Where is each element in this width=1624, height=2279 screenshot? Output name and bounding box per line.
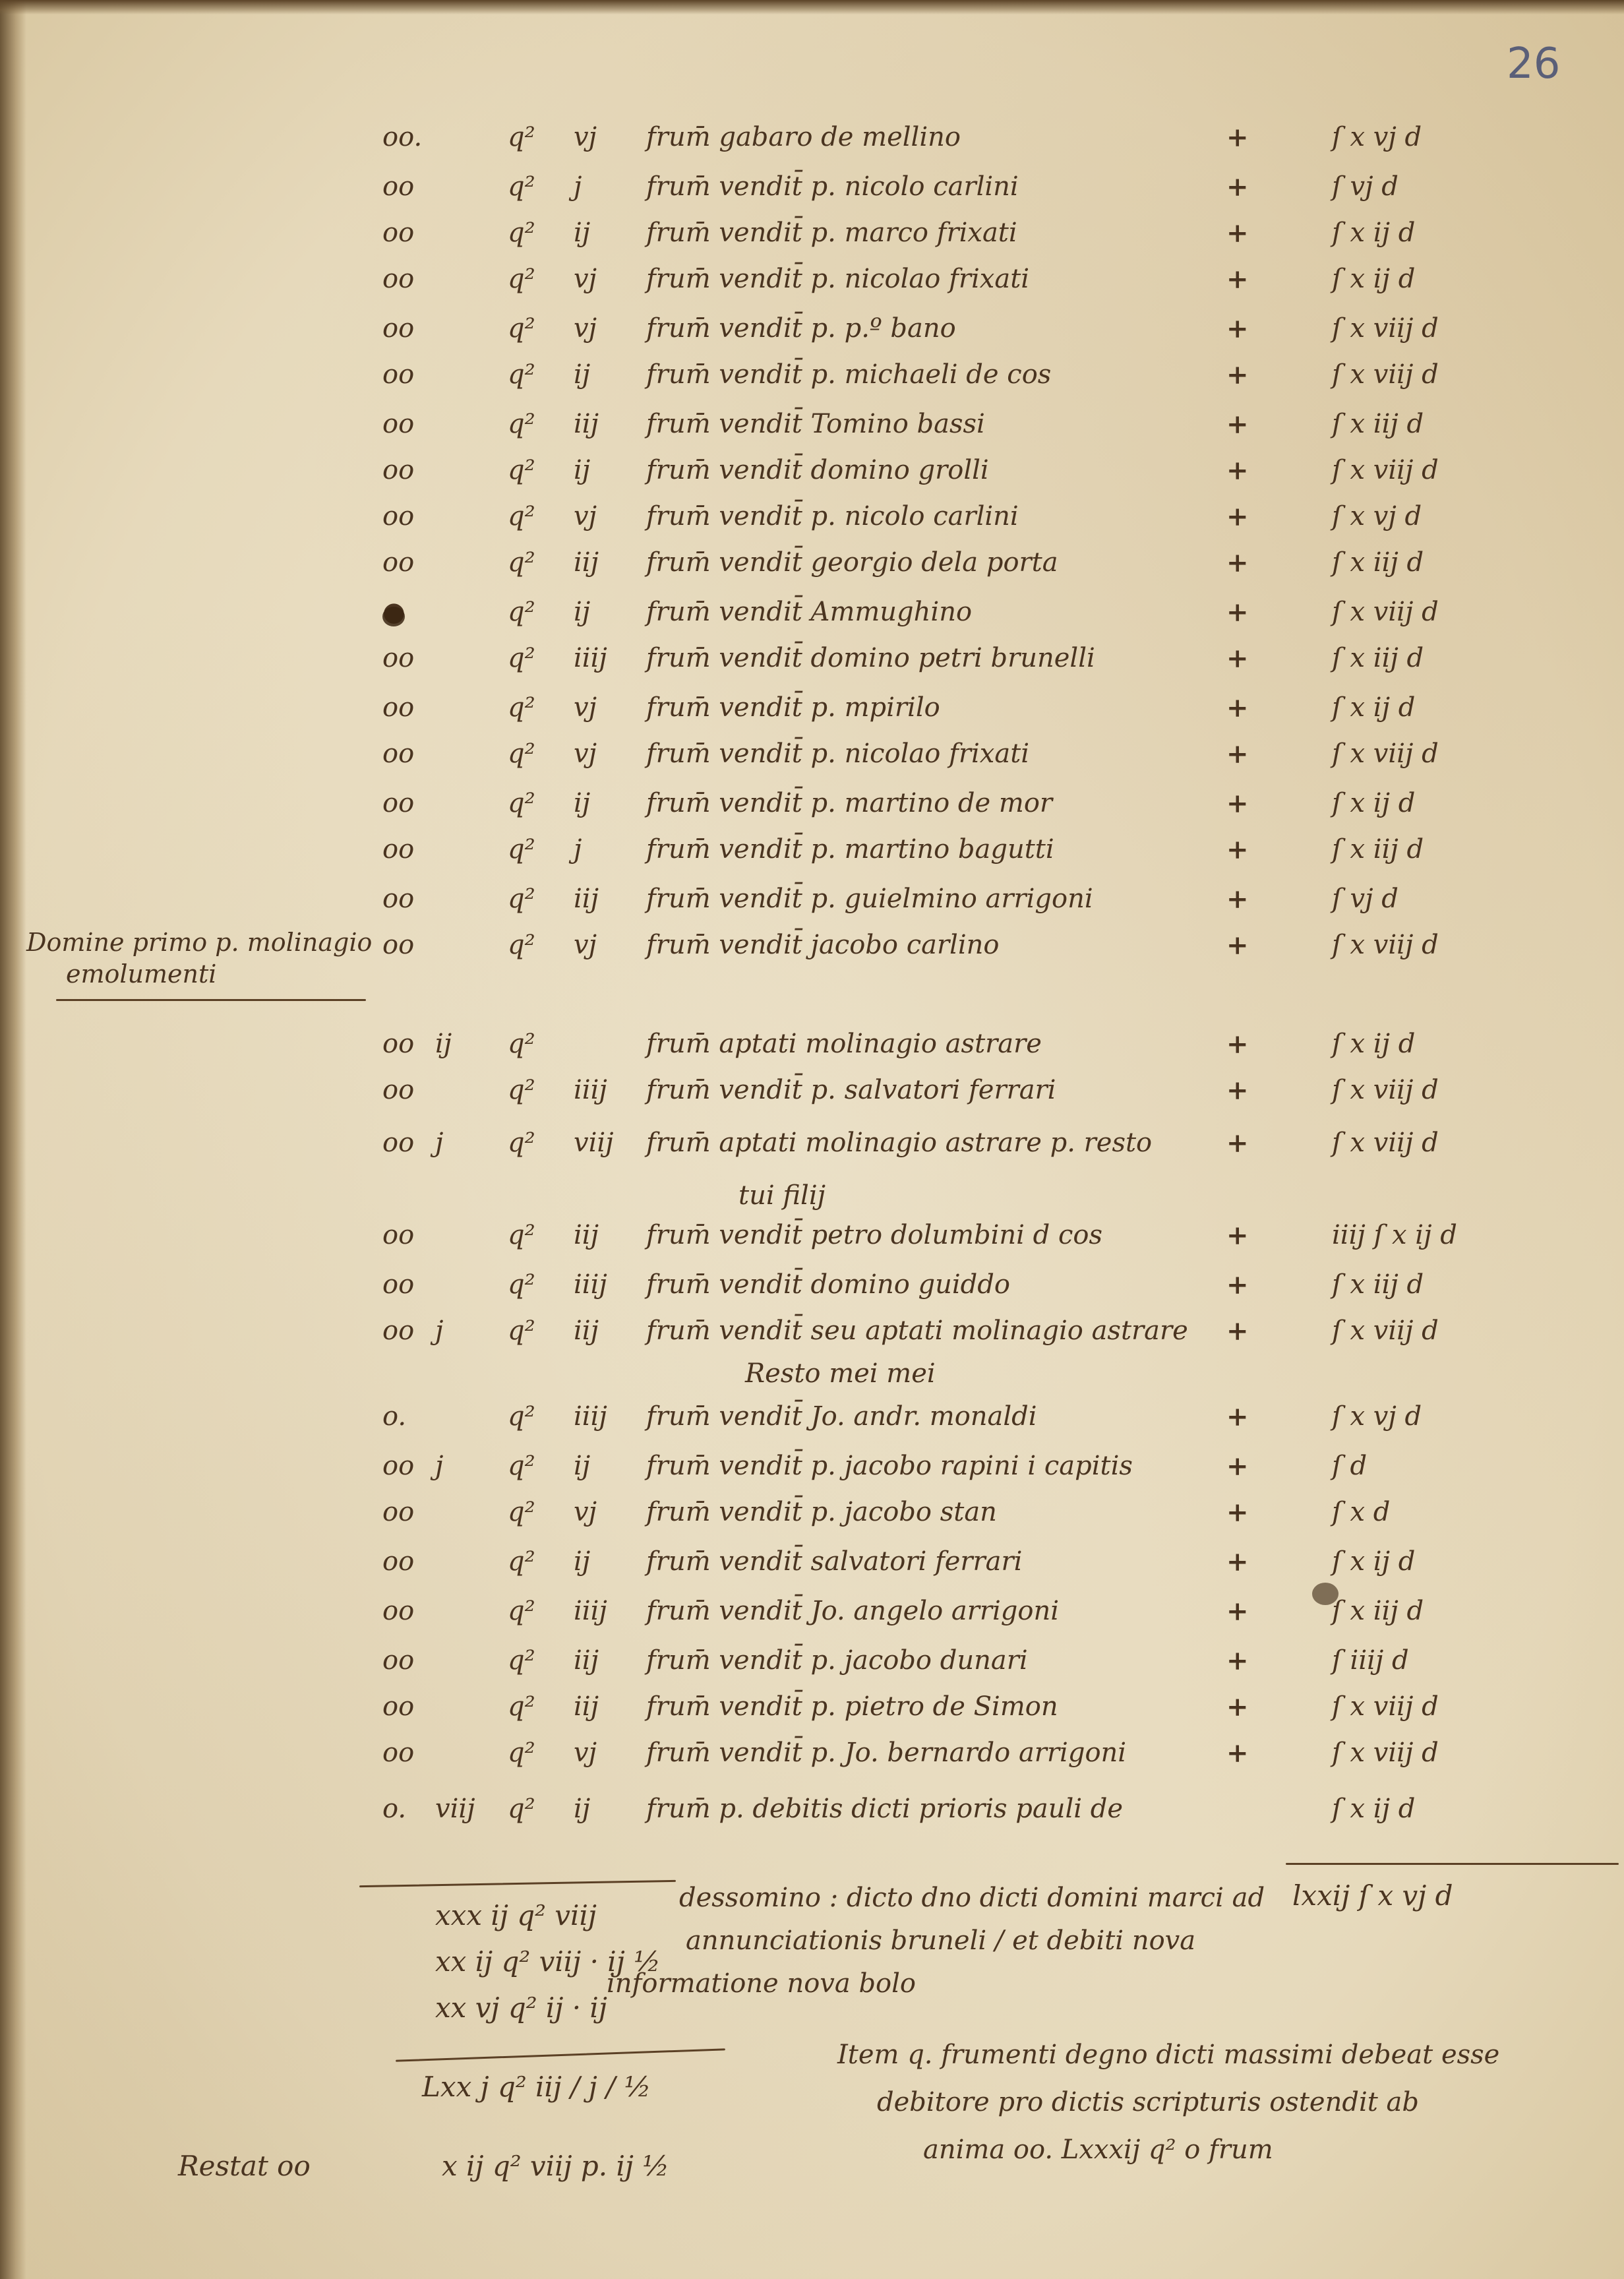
row-mark: oo: [382, 692, 414, 723]
row-description: frum̄ vendit̄ p. p.º bano: [646, 313, 956, 344]
row-quantity-number: j: [574, 171, 582, 202]
row-mark: oo: [382, 739, 414, 769]
row-quantity-unit: q²: [508, 313, 535, 344]
row-quantity-number: vj: [574, 313, 597, 344]
row-quantity-number: vj: [574, 501, 597, 532]
row-amount: ſ x iij d: [1332, 547, 1424, 578]
row-prefix: j: [435, 1316, 443, 1346]
row-amount: ſ x vj d: [1332, 501, 1422, 532]
row-cross-mark: +: [1226, 1645, 1249, 1676]
row-cross-mark: +: [1226, 1546, 1249, 1577]
row-cross-mark: +: [1226, 1128, 1249, 1159]
row-cross-mark: +: [1226, 1075, 1249, 1106]
row-description: frum̄ vendit̄ p. nicolao frixati: [646, 264, 1029, 294]
grand-total: Lxx j q² iij / j / ½: [422, 2071, 651, 2103]
row-description: frum̄ vendit̄ p. michaeli de cos: [646, 359, 1051, 390]
row-prefix: j: [435, 1128, 443, 1158]
row-amount: ſ x viij d: [1332, 455, 1439, 485]
row-quantity-number: ij: [574, 1451, 590, 1481]
row-quantity-number: ij: [574, 1794, 590, 1824]
row-description: frum̄ vendit̄ p. jacobo dunari: [646, 1645, 1028, 1676]
total-rule: [396, 2048, 725, 2061]
row-cross-mark: +: [1226, 739, 1249, 770]
row-quantity-number: iij: [574, 547, 599, 578]
subtotal-line-2: xx ij q² viij · ij ½: [435, 1945, 661, 1978]
subtotal-rule-left: [359, 1880, 676, 1887]
row-amount: ſ x viij d: [1332, 739, 1439, 769]
row-description: frum̄ vendit̄ p. pietro de Simon: [646, 1691, 1058, 1722]
binding-spine: [0, 0, 26, 2279]
row-quantity-unit: q²: [508, 1220, 535, 1250]
row-amount: ſ x d: [1332, 1497, 1390, 1527]
row-cross-mark: +: [1226, 1738, 1249, 1769]
row-quantity-number: iiij: [574, 1269, 607, 1300]
row-quantity-number: iij: [574, 1645, 599, 1676]
row-quantity-unit: q²: [508, 1645, 535, 1676]
row-amount: ſ x viij d: [1332, 930, 1439, 960]
row-description: frum̄ vendit̄ p. Jo. bernardo arrigoni: [646, 1738, 1126, 1768]
row-quantity-number: iiij: [574, 1075, 607, 1105]
row-quantity-number: j: [574, 834, 582, 865]
row-quantity-unit: q²: [508, 597, 535, 627]
row-cross-mark: +: [1226, 1269, 1249, 1300]
row-description: frum̄ vendit̄ petro dolumbini d cos: [646, 1220, 1102, 1250]
row-prefix: ij: [435, 1029, 452, 1059]
remainder-value: x ij q² viij p. ij ½: [442, 2150, 669, 2182]
row-mark: oo: [382, 1029, 414, 1059]
row-quantity-unit: q²: [508, 171, 535, 202]
row-amount: ſ x iij d: [1332, 409, 1424, 439]
row-description: frum̄ vendit̄ p. mpirilo: [646, 692, 940, 723]
row-mark: oo: [382, 1075, 414, 1105]
row-quantity-unit: q²: [508, 264, 535, 294]
row-cross-mark: +: [1226, 122, 1249, 153]
continuation-row-21: tui filij: [738, 1180, 826, 1211]
row-mark: oo: [382, 1497, 414, 1527]
row-cross-mark: +: [1226, 409, 1249, 440]
row-description: frum̄ vendit̄ p. salvatori ferrari: [646, 1075, 1056, 1105]
row-quantity-unit: q²: [508, 122, 535, 152]
row-quantity-unit: q²: [508, 1451, 535, 1481]
row-mark: oo.: [382, 122, 422, 152]
row-cross-mark: +: [1226, 1220, 1249, 1251]
row-mark: o.: [382, 1401, 406, 1432]
row-mark: oo: [382, 1738, 414, 1768]
row-quantity-number: vj: [574, 122, 597, 152]
folio-number: 26: [1507, 40, 1560, 88]
subtotal-rule-right: [1286, 1863, 1619, 1865]
row-quantity-unit: q²: [508, 1497, 535, 1527]
row-description: frum̄ vendit̄ jacobo carlino: [646, 930, 1000, 960]
closing-note-line-1: Item q. frumenti degno dicti massimi deb…: [837, 2031, 1563, 2079]
row-mark: oo: [382, 501, 414, 532]
row-mark: oo: [382, 1128, 414, 1158]
row-quantity-unit: q²: [508, 1596, 535, 1626]
row-quantity-unit: q²: [508, 643, 535, 673]
row-cross-mark: +: [1226, 1316, 1249, 1347]
row-cross-mark: +: [1226, 171, 1249, 202]
row-quantity-number: ij: [574, 597, 590, 627]
row-quantity-number: iij: [574, 409, 599, 439]
row-amount: ſ x iij d: [1332, 1269, 1424, 1300]
row-description: frum̄ vendit̄ p. guielmino arrigoni: [646, 884, 1093, 914]
row-description: frum̄ vendit̄ domino grolli: [646, 455, 989, 485]
row-cross-mark: +: [1226, 455, 1249, 486]
row-mark: oo: [382, 834, 414, 865]
row-quantity-number: ij: [574, 1546, 590, 1577]
margin-note-line-1: Domine primo p. molinagio: [26, 927, 372, 958]
row-quantity-number: vj: [574, 739, 597, 769]
row-quantity-number: iij: [574, 1691, 599, 1722]
row-description: frum̄ p. debitis dicti prioris pauli de: [646, 1794, 1123, 1824]
row-amount: ſ x viij d: [1332, 313, 1439, 344]
row-mark: o.: [382, 1794, 406, 1824]
row-mark: oo: [382, 884, 414, 914]
row-mark: oo: [382, 547, 414, 578]
row-amount: ſ x iij d: [1332, 834, 1424, 865]
row-mark: oo: [382, 1220, 414, 1250]
row-quantity-number: vj: [574, 1738, 597, 1768]
row-quantity-unit: q²: [508, 409, 535, 439]
row-mark: oo: [382, 264, 414, 294]
row-description: frum̄ vendit̄ Jo. angelo arrigoni: [646, 1596, 1059, 1626]
row-quantity-unit: q²: [508, 930, 535, 960]
row-mark: oo: [382, 218, 414, 248]
row-quantity-unit: q²: [508, 1401, 535, 1432]
row-description: frum̄ vendit̄ p. martino bagutti: [646, 834, 1054, 865]
subtotal-line-3: xx vj q² ij · ij: [435, 1991, 607, 2024]
subtotal-line-1: xxx ij q² viij: [435, 1899, 597, 1931]
row-quantity-number: ij: [574, 788, 590, 818]
row-description: frum̄ vendit̄ domino guiddo: [646, 1269, 1010, 1300]
closing-note-line-3: anima oo. Lxxxij q² o frum: [837, 2126, 1563, 2173]
row-amount: ſ iiij d: [1332, 1645, 1409, 1676]
row-prefix: j: [435, 1451, 443, 1481]
row-quantity-unit: q²: [508, 1316, 535, 1346]
row-cross-mark: +: [1226, 788, 1249, 819]
row-mark: oo: [382, 1691, 414, 1722]
row-amount: ſ x viij d: [1332, 1738, 1439, 1768]
row-mark: oo: [382, 1269, 414, 1300]
row-amount: ſ x ij d: [1332, 1029, 1415, 1059]
row-quantity-unit: q²: [508, 218, 535, 248]
row-quantity-unit: q²: [508, 359, 535, 390]
row-amount: ſ x ij d: [1332, 264, 1415, 294]
row-amount: ſ x viij d: [1332, 1128, 1439, 1158]
row-amount: ſ x viij d: [1332, 1075, 1439, 1105]
row-cross-mark: +: [1226, 313, 1249, 344]
row-quantity-unit: q²: [508, 1075, 535, 1105]
row-quantity-unit: q²: [508, 692, 535, 723]
row-amount: ſ x ij d: [1332, 692, 1415, 723]
row-quantity-number: iiij: [574, 643, 607, 673]
row-cross-mark: +: [1226, 218, 1249, 249]
row-quantity-unit: q²: [508, 1691, 535, 1722]
row-mark: oo: [382, 171, 414, 202]
row-description: frum̄ vendit̄ Tomino bassi: [646, 409, 985, 439]
row-description: frum̄ vendit̄ georgio dela porta: [646, 547, 1058, 578]
row-description: frum̄ vendit̄ p. marco frixati: [646, 218, 1017, 248]
row-description: frum̄ gabaro de mellino: [646, 122, 961, 152]
row-description: frum̄ vendit̄ p. jacobo rapini i capitis: [646, 1451, 1133, 1481]
right-total: lxxij ſ x vj d: [1292, 1879, 1453, 1912]
row-cross-mark: +: [1226, 1596, 1249, 1627]
row-mark: oo: [382, 1451, 414, 1481]
row-description: frum̄ vendit̄ p. nicolo carlini: [646, 171, 1019, 202]
continuation-row-33a: dessomino : dicto dno dicti domini marci…: [679, 1883, 1265, 1913]
row-description: frum̄ vendit̄ p. nicolao frixati: [646, 739, 1029, 769]
row-cross-mark: +: [1226, 834, 1249, 865]
row-quantity-unit: q²: [508, 739, 535, 769]
row-amount: ſ vj d: [1332, 171, 1398, 202]
row-mark: oo: [382, 1596, 414, 1626]
row-quantity-unit: q²: [508, 1546, 535, 1577]
row-quantity-number: ij: [574, 359, 590, 390]
remainder-label: Restat oo: [178, 2150, 311, 2182]
row-cross-mark: +: [1226, 884, 1249, 915]
row-amount: ſ x viij d: [1332, 359, 1439, 390]
row-quantity-number: iij: [574, 1316, 599, 1346]
row-amount: ſ x ij d: [1332, 788, 1415, 818]
continuation-row-24: Resto mei mei: [745, 1358, 936, 1389]
row-quantity-unit: q²: [508, 1128, 535, 1158]
row-mark: oo: [382, 409, 414, 439]
row-cross-mark: +: [1226, 597, 1249, 628]
row-quantity-unit: q²: [508, 455, 535, 485]
continuation-row-33b: annunciationis bruneli / et debiti nova: [686, 1926, 1195, 1956]
manuscript-page: 26 Domine primo p. molinagio emolumenti …: [0, 0, 1624, 2279]
row-description: frum̄ vendit̄ seu aptati molinagio astra…: [646, 1316, 1188, 1346]
row-mark: oo: [382, 359, 414, 390]
row-amount: ſ x viij d: [1332, 1691, 1439, 1722]
row-amount: ſ vj d: [1332, 884, 1398, 914]
row-amount: ſ d: [1332, 1451, 1367, 1481]
row-amount: iiij ſ x ij d: [1332, 1220, 1457, 1250]
margin-note-rule: [56, 999, 366, 1001]
row-cross-mark: +: [1226, 1401, 1249, 1432]
ink-blot: [382, 607, 405, 626]
closing-note: Item q. frumenti degno dicti massimi deb…: [837, 2031, 1563, 2173]
row-amount: ſ x iij d: [1332, 1596, 1424, 1626]
margin-note: Domine primo p. molinagio emolumenti: [26, 927, 372, 990]
row-quantity-number: vj: [574, 264, 597, 294]
row-quantity-unit: q²: [508, 1029, 535, 1059]
row-amount: ſ x ij d: [1332, 1794, 1415, 1824]
row-cross-mark: +: [1226, 359, 1249, 390]
row-amount: ſ x ij d: [1332, 218, 1415, 248]
row-description: frum̄ vendit̄ Jo. andr. monaldi: [646, 1401, 1037, 1432]
row-description: frum̄ vendit̄ p. jacobo stan: [646, 1497, 997, 1527]
row-amount: ſ x ij d: [1332, 1546, 1415, 1577]
row-description: frum̄ vendit̄ p. martino de mor: [646, 788, 1052, 818]
row-description: frum̄ vendit̄ salvatori ferrari: [646, 1546, 1022, 1577]
row-quantity-number: vj: [574, 1497, 597, 1527]
row-quantity-unit: q²: [508, 547, 535, 578]
row-prefix: viij: [435, 1794, 475, 1824]
row-quantity-unit: q²: [508, 788, 535, 818]
row-mark: oo: [382, 643, 414, 673]
row-quantity-number: iiij: [574, 1401, 607, 1432]
page-top-edge: [0, 0, 1624, 15]
row-cross-mark: +: [1226, 692, 1249, 723]
row-quantity-number: iij: [574, 1220, 599, 1250]
row-quantity-unit: q²: [508, 834, 535, 865]
row-cross-mark: +: [1226, 643, 1249, 674]
row-quantity-number: iij: [574, 884, 599, 914]
row-cross-mark: +: [1226, 547, 1249, 578]
row-cross-mark: +: [1226, 930, 1249, 961]
row-cross-mark: +: [1226, 1691, 1249, 1722]
row-mark: oo: [382, 930, 414, 960]
row-mark: oo: [382, 788, 414, 818]
row-cross-mark: +: [1226, 1029, 1249, 1060]
row-quantity-unit: q²: [508, 1794, 535, 1824]
row-quantity-number: vj: [574, 930, 597, 960]
row-mark: oo: [382, 313, 414, 344]
row-quantity-number: ij: [574, 455, 590, 485]
row-description: frum̄ vendit̄ p. nicolo carlini: [646, 501, 1019, 532]
row-quantity-unit: q²: [508, 1738, 535, 1768]
row-amount: ſ x vj d: [1332, 1401, 1422, 1432]
row-quantity-unit: q²: [508, 501, 535, 532]
row-quantity-number: viij: [574, 1128, 614, 1158]
row-mark: oo: [382, 455, 414, 485]
row-mark: oo: [382, 1316, 414, 1346]
row-quantity-unit: q²: [508, 884, 535, 914]
row-cross-mark: +: [1226, 1497, 1249, 1528]
row-cross-mark: +: [1226, 1451, 1249, 1482]
row-description: frum̄ aptati molinagio astrare p. resto: [646, 1128, 1152, 1158]
row-amount: ſ x vj d: [1332, 122, 1422, 152]
row-quantity-number: ij: [574, 218, 590, 248]
closing-note-line-2: debitore pro dictis scripturis ostendit …: [837, 2079, 1563, 2126]
row-description: frum̄ vendit̄ domino petri brunelli: [646, 643, 1095, 673]
row-mark: oo: [382, 1645, 414, 1676]
row-quantity-unit: q²: [508, 1269, 535, 1300]
row-quantity-number: vj: [574, 692, 597, 723]
row-cross-mark: +: [1226, 501, 1249, 532]
row-mark: oo: [382, 1546, 414, 1577]
row-amount: ſ x viij d: [1332, 1316, 1439, 1346]
row-description: frum̄ vendit̄ Ammughino: [646, 597, 972, 627]
row-description: frum̄ aptati molinagio astrare: [646, 1029, 1042, 1059]
row-quantity-number: iiij: [574, 1596, 607, 1626]
ink-blot: [1312, 1583, 1338, 1605]
row-amount: ſ x iij d: [1332, 643, 1424, 673]
margin-note-line-2: emolumenti: [26, 958, 372, 990]
row-cross-mark: +: [1226, 264, 1249, 295]
row-amount: ſ x viij d: [1332, 597, 1439, 627]
